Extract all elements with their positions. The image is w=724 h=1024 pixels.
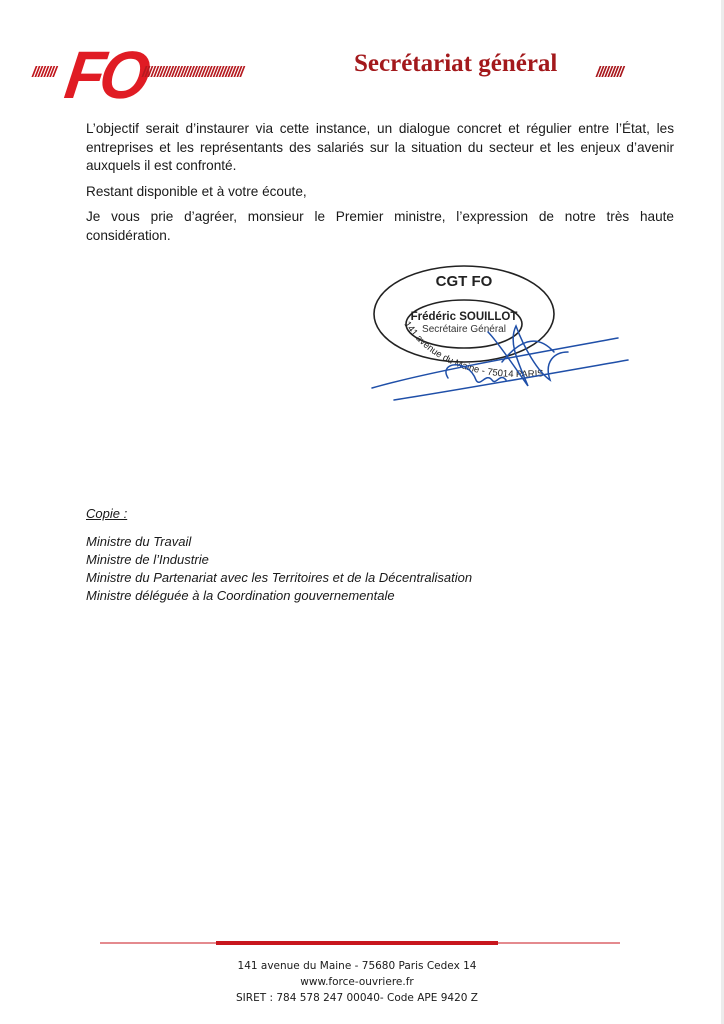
paragraph-availability: Restant disponible et à votre écoute,	[86, 183, 674, 202]
hatch-decoration-right: /////////	[596, 64, 623, 81]
letter-body: L’objectif serait d’instaurer via cette …	[86, 120, 674, 252]
hatch-decoration-middle: //////////////////////////////////	[142, 64, 243, 81]
copy-recipient: Ministre de l’Industrie	[86, 551, 472, 569]
footer-siret: SIRET : 784 578 247 00040- Code APE 9420…	[0, 990, 714, 1006]
copy-recipient: Ministre du Travail	[86, 533, 472, 551]
footer: 141 avenue du Maine - 75680 Paris Cedex …	[0, 958, 714, 1006]
letterhead-title: Secrétariat général	[354, 50, 557, 78]
svg-text:Frédéric SOUILLOT: Frédéric SOUILLOT	[411, 311, 518, 323]
paragraph-closing: Je vous prie d’agréer, monsieur le Premi…	[86, 208, 674, 245]
footer-address: 141 avenue du Maine - 75680 Paris Cedex …	[0, 958, 714, 974]
copie-label: Copie :	[86, 506, 472, 521]
footer-rule	[100, 940, 620, 946]
copy-recipient: Ministre du Partenariat avec les Territo…	[86, 569, 472, 587]
letterhead: //////// FO ////////////////////////////…	[0, 40, 724, 120]
hatch-decoration-left: ////////	[32, 64, 56, 81]
signature-stamp: CGT FO Frédéric SOUILLOT Secrétaire Géné…	[368, 262, 638, 412]
svg-text:CGT FO: CGT FO	[436, 273, 493, 290]
copy-recipients: Copie : Ministre du Travail Ministre de …	[86, 506, 472, 605]
copy-recipient: Ministre déléguée à la Coordination gouv…	[86, 587, 472, 605]
svg-text:Secrétaire Général: Secrétaire Général	[422, 324, 506, 335]
stamp-seal-icon: CGT FO Frédéric SOUILLOT Secrétaire Géné…	[368, 262, 638, 412]
footer-website: www.force-ouvriere.fr	[0, 974, 714, 990]
fo-logo: FO	[61, 40, 150, 109]
paragraph-objective: L’objectif serait d’instaurer via cette …	[86, 120, 674, 176]
